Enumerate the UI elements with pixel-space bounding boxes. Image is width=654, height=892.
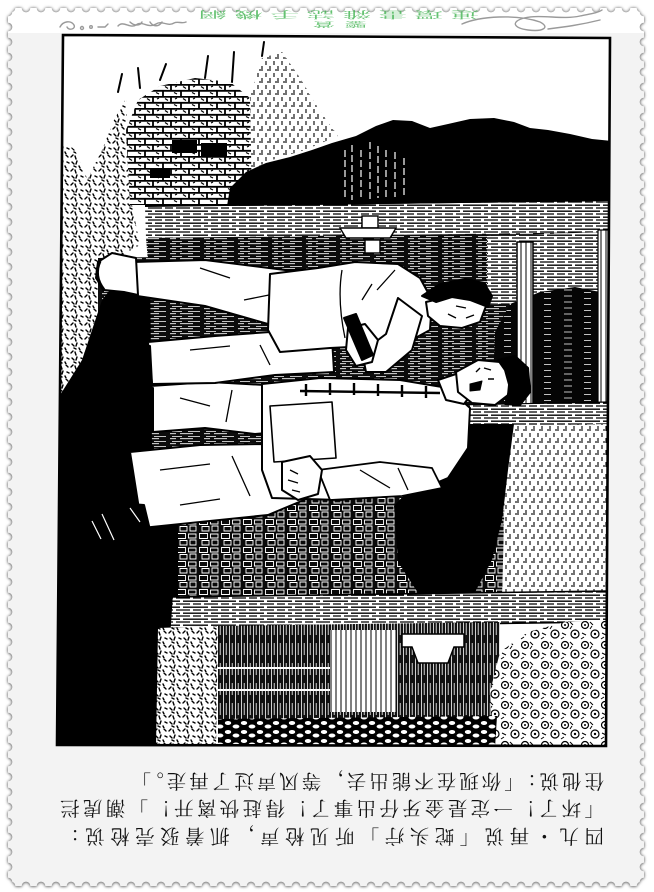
flourish-swirl <box>60 22 74 29</box>
caption-char: 蛇 <box>435 822 455 850</box>
flourish-scroll <box>118 22 186 26</box>
caption-char: 潮 <box>106 795 126 823</box>
caption-char: 得 <box>265 795 285 823</box>
caption-char: 」 <box>129 795 149 823</box>
lit-wall <box>502 424 608 598</box>
caption-char: 九 <box>560 822 580 850</box>
window-frame <box>598 230 608 410</box>
caption-line-1: 四九 ・ 再说「蛇头疔」听见枪声，抓着驳壳枪说： <box>60 822 604 850</box>
caption-line-2: 「坏了！一定是金牙仔出事了！得赶快离开！」潮虎拦 <box>60 795 604 823</box>
caption-char: 枪 <box>285 822 305 850</box>
caption-char: 」 <box>360 822 380 850</box>
flourish-dot <box>81 27 84 30</box>
caption-char: 了 <box>539 795 559 823</box>
watermark-title: 連環畫雜誌手機網 <box>191 7 479 20</box>
caption-char: ！ <box>288 795 308 823</box>
caption-char: 是 <box>448 795 468 823</box>
caption-char: 疔 <box>385 822 405 850</box>
caption-char: 枪 <box>110 822 130 850</box>
caption-char: 金 <box>425 795 445 823</box>
caption-char: 声 <box>260 822 280 850</box>
caption-char: 牙 <box>402 795 422 823</box>
caption-char: 说 <box>485 822 505 850</box>
watermark-subtitle-row: 鑒賞 <box>185 23 485 32</box>
door-opening <box>330 630 396 712</box>
caption-char: 事 <box>334 795 354 823</box>
caption-char: 虎 <box>83 795 103 823</box>
caption-line-3: 住他说：「你现在不能出去，等风声过了再走。」 <box>60 767 604 795</box>
tower-window <box>150 168 170 178</box>
caption-char: 仔 <box>379 795 399 823</box>
flourish-tail <box>548 20 600 29</box>
flourish-hook <box>98 24 108 27</box>
tower-window <box>172 140 197 153</box>
caption-char: 出 <box>357 795 377 823</box>
caption-char: 头 <box>410 822 430 850</box>
caption-char: ， <box>235 822 255 850</box>
caption-char: 了 <box>311 795 331 823</box>
caption-char: 驳 <box>160 822 180 850</box>
watermark-subtitle: 鑒賞 <box>303 19 367 28</box>
lower-beam <box>170 591 608 628</box>
tower-window <box>201 143 227 157</box>
watermark: 鑒賞 連環畫雜誌手機網 <box>185 10 485 32</box>
cobblestones <box>218 716 497 748</box>
fist <box>282 456 322 500</box>
caption-char: ！ <box>516 795 536 823</box>
caption-char: 离 <box>197 795 217 823</box>
caption-char: 定 <box>471 795 491 823</box>
caption-char: 赶 <box>243 795 263 823</box>
caption-char: ： <box>60 822 80 850</box>
flourish-dot <box>90 26 93 29</box>
caption-char: 听 <box>335 822 355 850</box>
stone-pillar <box>156 626 218 748</box>
caption-char: 一 <box>493 795 513 823</box>
caption-char: 见 <box>310 822 330 850</box>
caption-char: 抓 <box>210 822 230 850</box>
caption-char: 坏 <box>562 795 582 823</box>
ornament-plank <box>340 228 396 238</box>
caption: 四九 ・ 再说「蛇头疔」听见枪声，抓着驳壳枪说： 「坏了！一定是金牙仔出事了！得… <box>60 767 604 850</box>
caption-char: ・ <box>535 822 555 850</box>
caption-char: 说 <box>85 822 105 850</box>
caption-char: 壳 <box>135 822 155 850</box>
caption-char: 快 <box>220 795 240 823</box>
ornament-base <box>365 240 380 253</box>
ornament-top <box>362 216 378 228</box>
caption-char: 着 <box>185 822 205 850</box>
caption-char: 再 <box>510 822 530 850</box>
caption-char: 「 <box>584 795 604 823</box>
caption-char: ！ <box>151 795 171 823</box>
caption-char: 拦 <box>60 795 80 823</box>
panel-illustration <box>0 0 654 892</box>
caption-char: 「 <box>460 822 480 850</box>
panel-scene <box>50 30 620 750</box>
caption-char: 开 <box>174 795 194 823</box>
caption-char: 四 <box>584 822 604 850</box>
